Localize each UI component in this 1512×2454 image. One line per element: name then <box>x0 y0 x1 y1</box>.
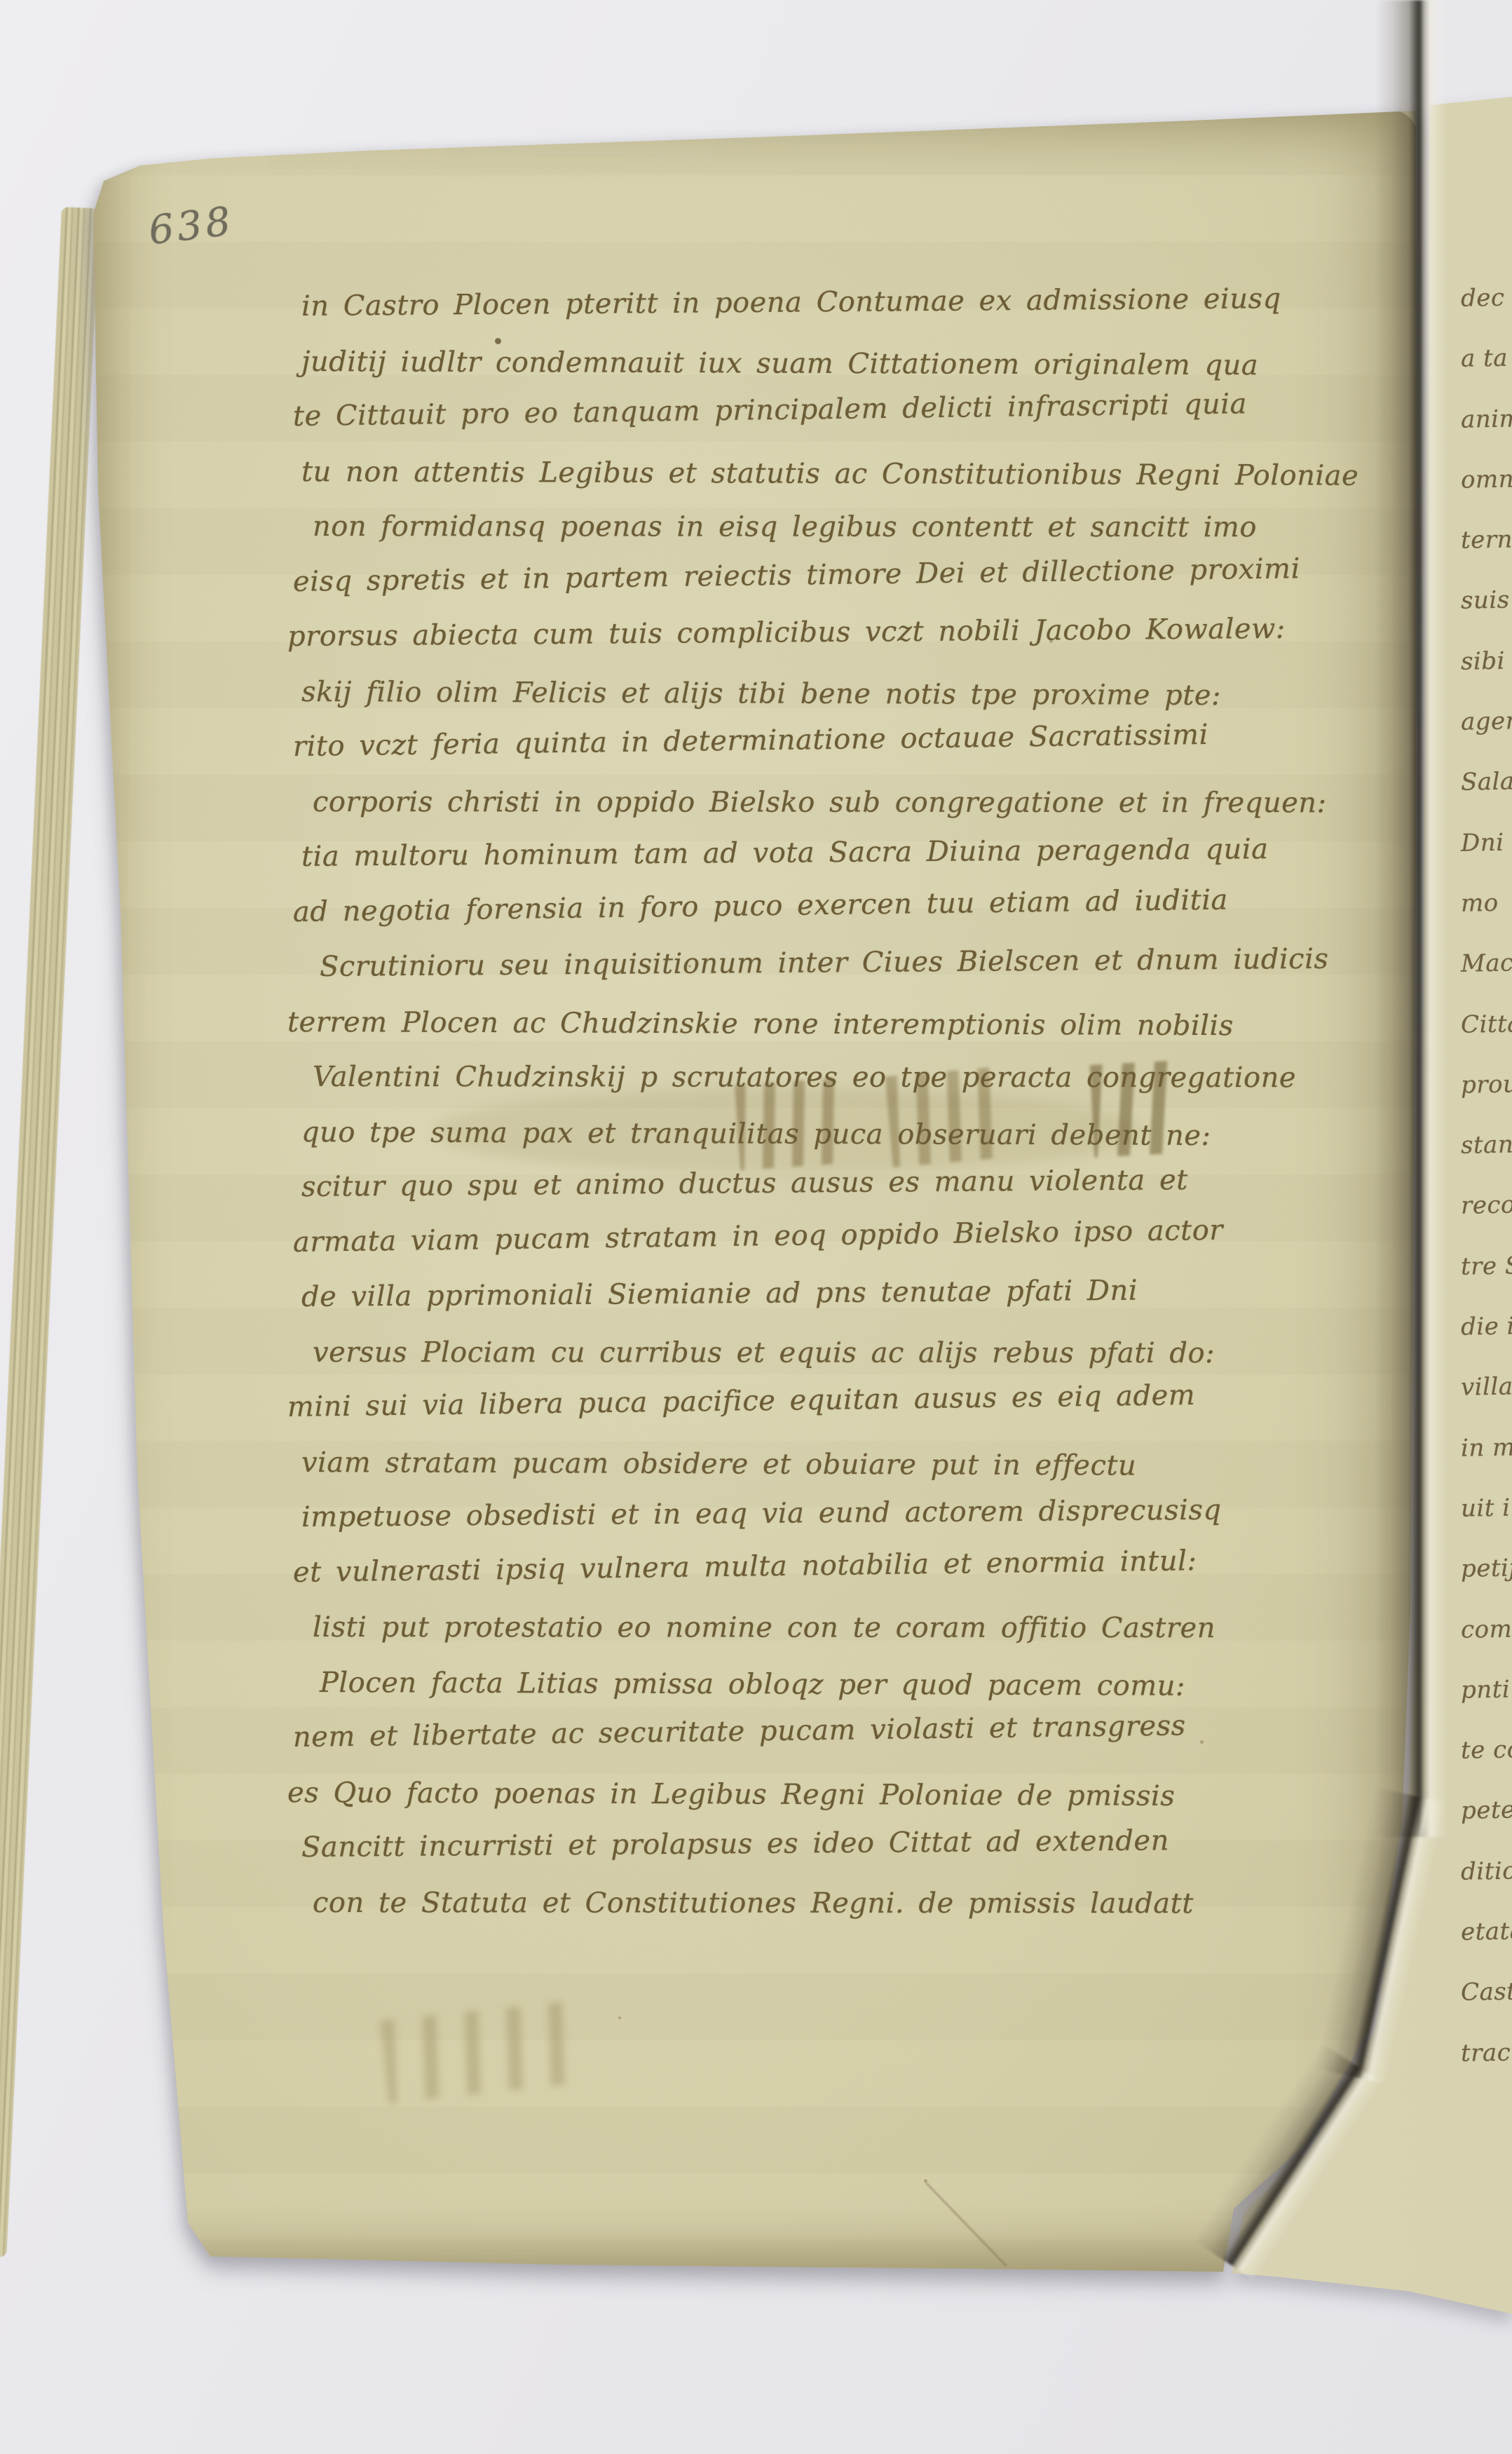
main-page-wrap: 638 in Castro Plocen pteritt in poena Co… <box>0 0 1512 2454</box>
manuscript-line: de villa pprimoniali Siemianie ad pns te… <box>301 1261 1382 1325</box>
manuscript-line: listi put protestatio eo nomine con te c… <box>313 1600 1381 1656</box>
manuscript-line: Sancitt incurristi et prolapsus es ideo … <box>301 1812 1382 1876</box>
manuscript-line: in Castro Plocen pteritt in poena Contum… <box>301 271 1382 334</box>
manuscript-line: tu non attentis Legibus et statutis ac C… <box>301 445 1381 503</box>
manuscript-line: Scrutinioru seu inquisitionum inter Ciue… <box>320 931 1382 994</box>
manuscript-line: prorsus abiecta cum tuis complicibus vcz… <box>287 601 1382 665</box>
manuscript-text: in Castro Plocen pteritt in poena Contum… <box>301 279 1381 1930</box>
paper-speck <box>618 2016 621 2019</box>
manuscript-scan: { "document": { "page_number": "638", "l… <box>0 0 1512 2454</box>
paper-speck <box>924 2179 927 2183</box>
manuscript-line: con te Statuta et Constitutiones Regni. … <box>313 1876 1381 1932</box>
manuscript-line: Valentini Chudzinskij p scrutatores eo t… <box>313 1050 1381 1106</box>
manuscript-line: terrem Plocen ac Chudzinskie rone intere… <box>287 995 1381 1054</box>
main-page: 638 in Castro Plocen pteritt in poena Co… <box>0 0 1512 2454</box>
